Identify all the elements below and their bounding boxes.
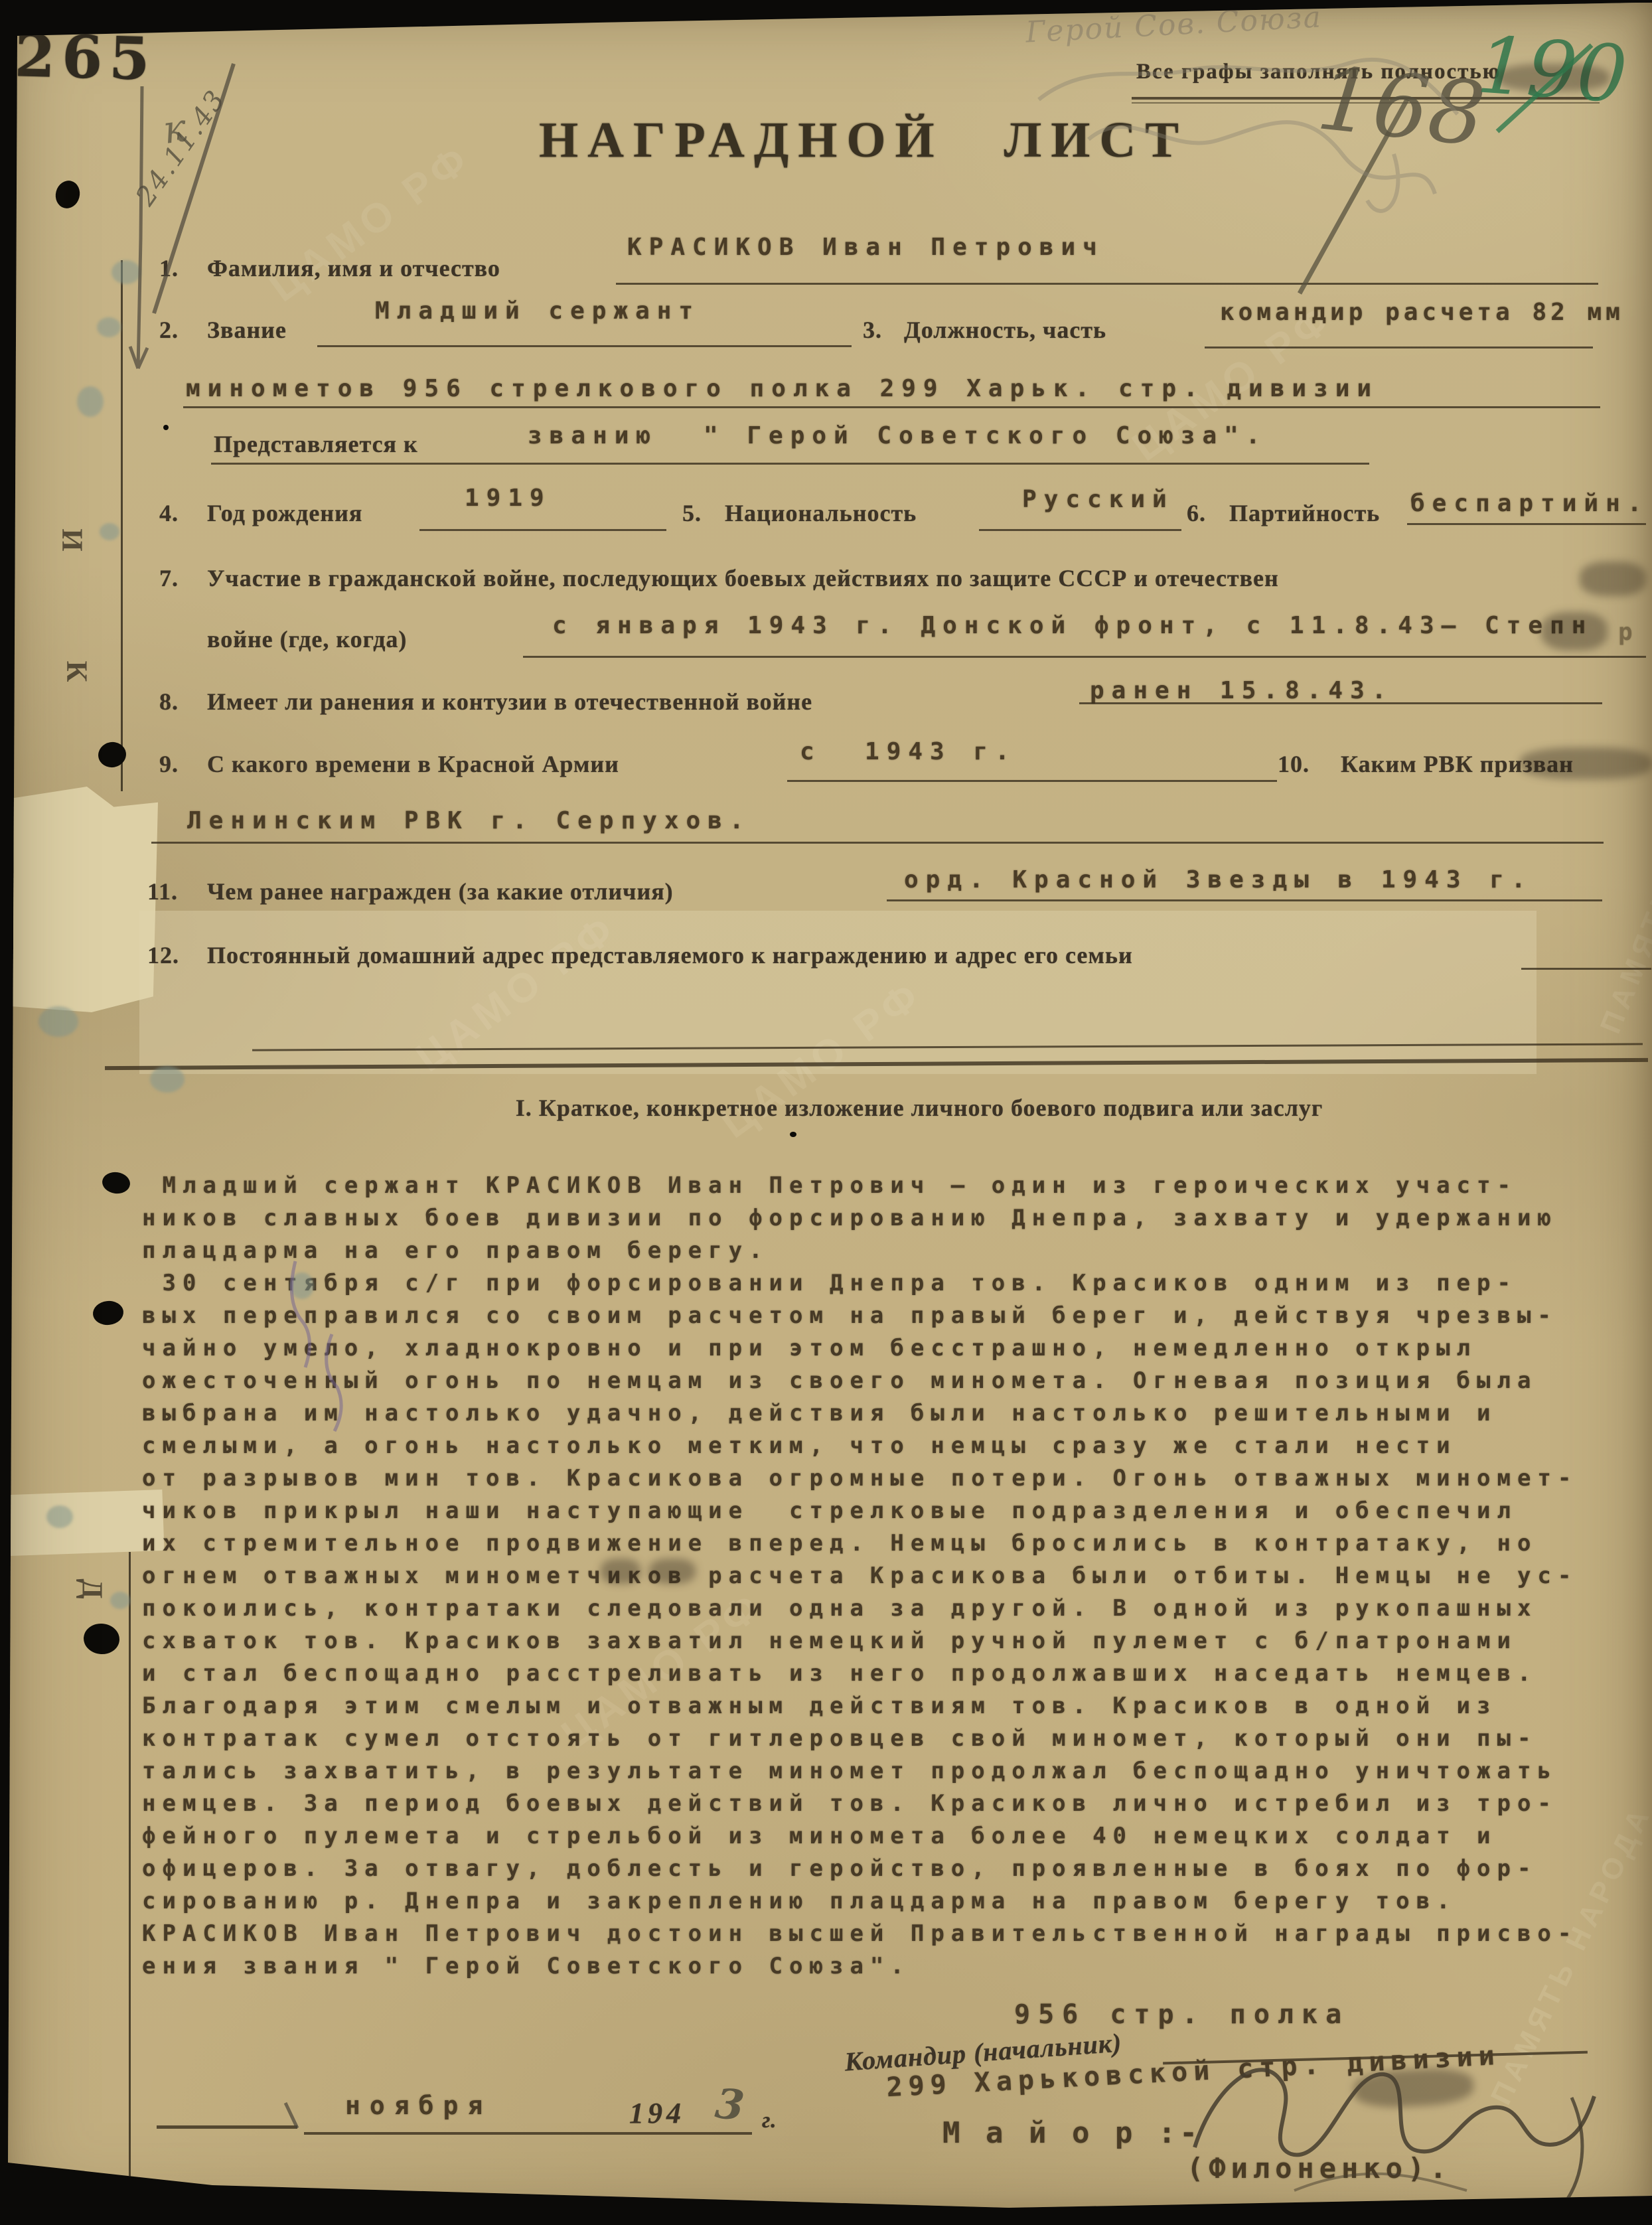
field-4-value: 1919: [465, 485, 552, 512]
field-9-value: с 1943 г.: [800, 738, 1017, 765]
body-line: плацдарма на его правом берегу.: [142, 1235, 1622, 1267]
date-year-handwritten: 3: [713, 2079, 747, 2130]
watermark-text: ЦАМО РФ: [261, 134, 480, 311]
body-line: выбрана им настолько удачно, действия бы…: [142, 1397, 1622, 1430]
punch-hole: [101, 1170, 131, 1195]
signature-name: (Филоненко).: [1187, 2152, 1452, 2185]
pencil-note: Герой Сов. Союза: [1025, 0, 1323, 49]
field-1-value: КРАСИКОВ Иван Петрович: [627, 234, 1104, 261]
field-1-number: 1.: [159, 254, 179, 282]
body-line: ения звания " Герой Советского Союза".: [142, 1950, 1622, 1983]
date-underline: [304, 2132, 752, 2135]
glue-stain: [110, 1592, 130, 1609]
field-underline: [151, 842, 1604, 844]
margin-letter-i: И: [56, 528, 90, 551]
presentation-label: Представляется к: [214, 430, 418, 458]
body-line: немцев. За период боевых действий тов. К…: [142, 1788, 1622, 1820]
date-month: ноября: [345, 2091, 492, 2120]
paper-patch: [8, 1490, 164, 1556]
glue-stain: [150, 1066, 185, 1093]
field-9-number: 9.: [159, 750, 179, 778]
field-underline: [1407, 523, 1646, 525]
field-underline: [887, 899, 1602, 901]
body-line: ожесточенный огонь по немцам из своего м…: [142, 1365, 1622, 1397]
field-8-number: 8.: [159, 688, 179, 716]
paper-speck: [790, 1132, 796, 1137]
body-line: огнем отважных минометчиков расчета Крас…: [142, 1560, 1622, 1592]
field-4-number: 4.: [159, 499, 179, 527]
presentation-value: званию: [528, 422, 658, 449]
glue-stain: [46, 1505, 73, 1528]
unit-line-1: 956 стр. полка: [1014, 1999, 1349, 2030]
field-2-number: 2.: [159, 316, 179, 344]
ink-smudge: [1520, 747, 1652, 779]
margin-line: [121, 260, 123, 791]
glue-stain: [38, 1006, 78, 1037]
field-11-label: Чем ранее награжден (за какие отличия): [207, 878, 674, 905]
body-line: фейного пулемета и стрельбой из миномета…: [142, 1820, 1622, 1853]
document-title: НАГРАДНОЙ ЛИСТ: [539, 112, 1188, 169]
date-dash: [157, 2125, 297, 2129]
field-6-value: беспартийн.: [1410, 490, 1649, 517]
field-10-value: Ленинским РВК г. Серпухов.: [187, 807, 751, 834]
paper-sheet: ЦАМО РФ ЦАМО РФ ЦАМО РФ ЦАМО РФ ЦАМО РФ …: [0, 0, 1652, 2225]
field-10-number: 10.: [1278, 750, 1310, 778]
pencil-doc-number: 168: [1313, 47, 1490, 166]
body-line: Благодаря этим смелым и отважным действи…: [142, 1690, 1622, 1723]
body-line: сированию р. Днепра и закреплению плацда…: [142, 1885, 1622, 1918]
body-line: КРАСИКОВ Иван Петрович достоин высшей Пр…: [142, 1918, 1622, 1950]
punch-hole: [82, 1622, 121, 1656]
paper-patch: [0, 787, 158, 1012]
section-heading: I. Краткое, конкретное изложение личного…: [252, 1094, 1586, 1122]
pencil-date-note: 24.11.43: [130, 84, 232, 211]
field-11-number: 11.: [147, 878, 178, 905]
field-3-value-line2: минометов 956 стрелкового полка 299 Харь…: [186, 375, 1379, 402]
ink-smudge: [1580, 562, 1646, 596]
field-5-number: 5.: [682, 499, 702, 527]
ink-smudge: [601, 1559, 640, 1584]
glue-stain: [100, 523, 119, 540]
field-5-label: Национальность: [725, 499, 917, 527]
paper-speck: [163, 425, 169, 430]
margin-letter-d: Д: [76, 1578, 110, 1598]
field-12-number: 12.: [147, 941, 179, 969]
body-line: от разрывов мин тов. Красикова огромные …: [142, 1462, 1622, 1495]
body-line: схваток тов. Красиков захватил немецкий …: [142, 1625, 1622, 1657]
field-7-number: 7.: [159, 564, 179, 592]
field-underline: [979, 529, 1181, 531]
field-9-label: С какого времени в Красной Армии: [207, 750, 619, 778]
field-underline: [1205, 346, 1593, 348]
rank-label: М а й о р :-: [942, 2116, 1201, 2150]
field-4-label: Год рождения: [207, 499, 362, 527]
stamp-number: 265: [14, 21, 157, 94]
date-g-label: г.: [762, 2108, 777, 2133]
field-8-label: Имеет ли ранения и контузии в отечествен…: [207, 688, 812, 716]
glue-stain: [290, 1272, 314, 1299]
citation-body: Младший сержант КРАСИКОВ Иван Петрович –…: [142, 1170, 1622, 1983]
ink-smudge: [1541, 612, 1608, 651]
field-underline: [211, 463, 1369, 465]
body-line: Младший сержант КРАСИКОВ Иван Петрович –…: [142, 1170, 1622, 1202]
body-line: чайно умело, хладнокровно и при этом бес…: [142, 1332, 1622, 1365]
ink-smudge: [649, 1559, 696, 1584]
field-1-label: Фамилия, имя и отчество: [207, 254, 500, 282]
field-3-value: командир расчета 82 мм: [1220, 299, 1624, 326]
field-underline: [787, 780, 1277, 782]
margin-letter-k: К: [60, 661, 94, 682]
body-line: их стремительное продвижение вперед. Нем…: [142, 1527, 1622, 1560]
scanned-award-sheet: ЦАМО РФ ЦАМО РФ ЦАМО РФ ЦАМО РФ ЦАМО РФ …: [0, 0, 1652, 2225]
field-underline: [616, 283, 1598, 285]
field-underline: [183, 406, 1600, 408]
field-7-label: Участие в гражданской войне, последующих…: [207, 564, 1279, 592]
date-year-printed: 194: [629, 2096, 685, 2130]
field-2-label: Звание: [207, 316, 287, 344]
field-7-label-line2: войне (где, когда): [207, 625, 407, 653]
punch-hole: [92, 1300, 125, 1327]
field-6-label: Партийность: [1229, 499, 1380, 527]
field-underline: [1521, 968, 1651, 970]
field-3-number: 3.: [863, 316, 882, 344]
body-line: покоились, контратаки следовали одна за …: [142, 1592, 1622, 1625]
field-2-value: Младший сержант: [375, 297, 700, 325]
field-3-label: Должность, часть: [904, 316, 1106, 344]
field-6-number: 6.: [1187, 499, 1206, 527]
field-7-value-tail: р: [1618, 619, 1640, 646]
body-line: офицеров. За отвагу, доблесть и геройств…: [142, 1853, 1622, 1885]
body-line: тались захватить, в результате миномет п…: [142, 1755, 1622, 1788]
field-underline: [1079, 702, 1602, 704]
ink-smudge: [1497, 64, 1610, 92]
field-underline: [317, 345, 852, 347]
field-8-value: ранен 15.8.43.: [1090, 677, 1393, 704]
field-12-label: Постоянный домашний адрес представляемог…: [207, 941, 1133, 969]
presentation-award: " Герой Советского Союза".: [704, 422, 1268, 449]
field-underline: [523, 656, 1646, 658]
field-5-value: Русский: [1022, 486, 1174, 513]
body-line: и стал беспощадно расстреливать из него …: [142, 1657, 1622, 1690]
body-line: контратак сумел отстоять от гитлеровцев …: [142, 1723, 1622, 1755]
body-line: смелыми, а огонь настолько метким, что н…: [142, 1430, 1622, 1462]
punch-hole: [52, 178, 83, 211]
body-line: ников славных боев дивизии по форсирован…: [142, 1202, 1622, 1235]
punch-hole: [96, 740, 128, 770]
body-line: 30 сентября с/г при форсировании Днепра …: [142, 1267, 1622, 1300]
glue-stain: [97, 317, 121, 337]
field-7-value: с января 1943 г. Донской фронт, с 11.8.4…: [552, 612, 1593, 639]
margin-line: [129, 1552, 131, 2192]
field-11-value: орд. Красной Звезды в 1943 г.: [904, 866, 1533, 893]
field-underline: [419, 529, 666, 531]
glue-stain: [112, 260, 141, 284]
body-line: чиков прикрыл наши наступающие стрелковы…: [142, 1495, 1622, 1527]
glue-stain: [77, 386, 104, 417]
body-line: вых переправился со своим расчетом на пр…: [142, 1300, 1622, 1332]
